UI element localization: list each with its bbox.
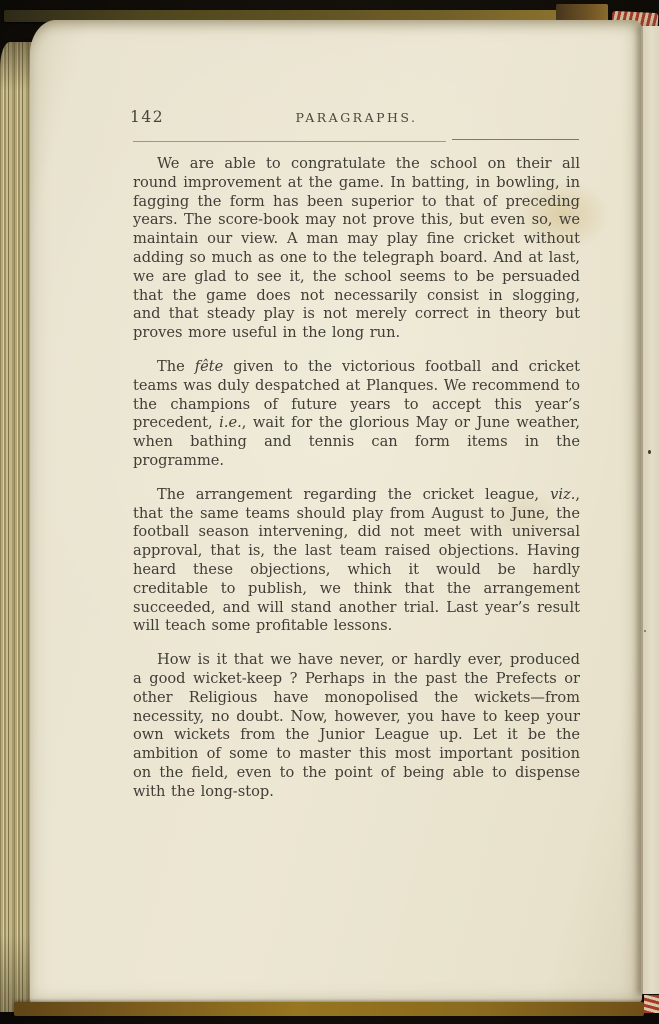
book-scan-photo: 142 PARAGRAPHS. We are able to congratul…	[0, 0, 659, 1024]
italic-term: viz.	[550, 486, 575, 503]
paragraph-fete: The fête given to the victorious footbal…	[133, 358, 580, 471]
page-stack-fore-edge	[0, 42, 33, 1012]
headband-bottom	[644, 995, 659, 1013]
foxing-speck	[644, 630, 646, 632]
paragraph-text: The arrangement regarding the cricket le…	[157, 486, 550, 503]
foxing-speck	[648, 450, 651, 454]
paragraph-improvement: We are able to congratulate the school o…	[133, 155, 580, 343]
paragraph-wicket-keep: How is it that we have never, or hardly …	[133, 651, 580, 801]
page-text: We are able to congratulate the school o…	[133, 155, 580, 817]
header-rule-segment	[133, 141, 446, 142]
italic-term: fête	[195, 358, 224, 375]
page-header: 142 PARAGRAPHS.	[133, 106, 580, 130]
gutter-page-edge	[641, 26, 659, 994]
running-title: PARAGRAPHS.	[133, 110, 580, 125]
book-cover-bottom-edge	[14, 1002, 644, 1016]
paragraph-text: We are able to congratulate the school o…	[133, 155, 580, 341]
italic-term: i.e.	[219, 414, 242, 431]
header-rule	[133, 139, 580, 143]
paragraph-text: The	[157, 358, 195, 375]
paragraph-text: , that the same teams should play from A…	[133, 486, 580, 635]
header-rule-segment	[452, 139, 579, 140]
paragraph-cricket-league: The arrangement regarding the cricket le…	[133, 486, 580, 636]
paragraph-text: How is it that we have never, or hardly …	[133, 651, 580, 800]
book-page: 142 PARAGRAPHS. We are able to congratul…	[30, 20, 642, 1004]
